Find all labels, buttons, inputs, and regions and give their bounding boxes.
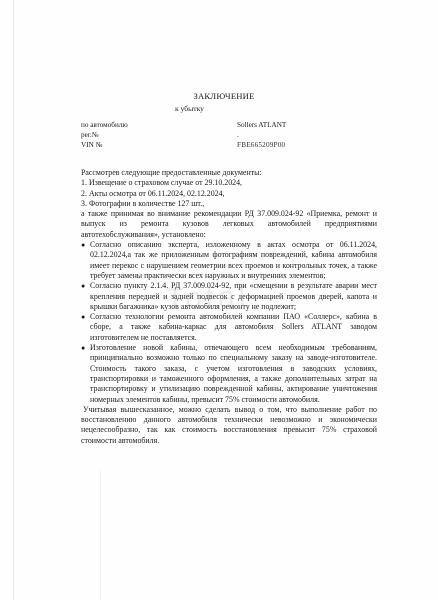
- list-item: ● Согласно пункту 2.1.4. РД 37.009.024-9…: [81, 281, 377, 312]
- list-item: ● Изготовление новой кабины, отвечающего…: [81, 343, 377, 405]
- vin-label: VIN №: [81, 140, 237, 150]
- list-item: 2. Акты осмотра от 06.11.2024, 02.12.202…: [81, 189, 377, 199]
- list-item: ● Согласно технологии ремонта автомобиле…: [81, 312, 377, 343]
- bullet-icon: ●: [81, 343, 90, 405]
- vehicle-row-model: по автомобилю Sollers ATLANT: [81, 120, 381, 130]
- bullet-icon: ●: [81, 240, 90, 281]
- vehicle-info: по автомобилю Sollers ATLANT рег.№ . VIN…: [81, 120, 381, 150]
- recommendation-text: а также принимая во внимание рекомендаци…: [81, 209, 377, 240]
- list-item: ● Согласно описанию эксперта, изложенном…: [81, 240, 377, 281]
- bullet-icon: ●: [81, 281, 90, 312]
- scan-edge-line: [100, 470, 101, 600]
- vehicle-row-vin: VIN № FBE665209P00: [81, 140, 381, 150]
- vin-value: FBE665209P00: [237, 140, 381, 150]
- vehicle-label: по автомобилю: [81, 120, 237, 130]
- reg-value: .: [237, 130, 381, 140]
- vehicle-model-value: Sollers ATLANT: [237, 120, 381, 130]
- vehicle-row-reg: рег.№ .: [81, 130, 381, 140]
- findings-list: ● Согласно описанию эксперта, изложенном…: [81, 240, 377, 405]
- reg-label: рег.№: [81, 130, 237, 140]
- conclusion-text: Учитывая вышесказанное, можно сделать вы…: [81, 405, 377, 446]
- scan-edge-line: [13, 0, 14, 600]
- document-page: ЗАКЛЮЧЕНИЕ к убытку по автомобилю Soller…: [0, 0, 438, 600]
- document-subtitle: к убытку: [175, 104, 204, 113]
- document-title: ЗАКЛЮЧЕНИЕ: [0, 91, 438, 101]
- intro-text: Рассмотрев следующие предоставленные док…: [81, 168, 377, 178]
- documents-list: 1. Извещение о страховом случае от 29.10…: [81, 178, 377, 209]
- bullet-icon: ●: [81, 312, 90, 343]
- list-item: 1. Извещение о страховом случае от 29.10…: [81, 178, 377, 188]
- list-item: 3. Фотографии в количестве 127 шт.,: [81, 199, 377, 209]
- document-body: Рассмотрев следующие предоставленные док…: [81, 168, 377, 446]
